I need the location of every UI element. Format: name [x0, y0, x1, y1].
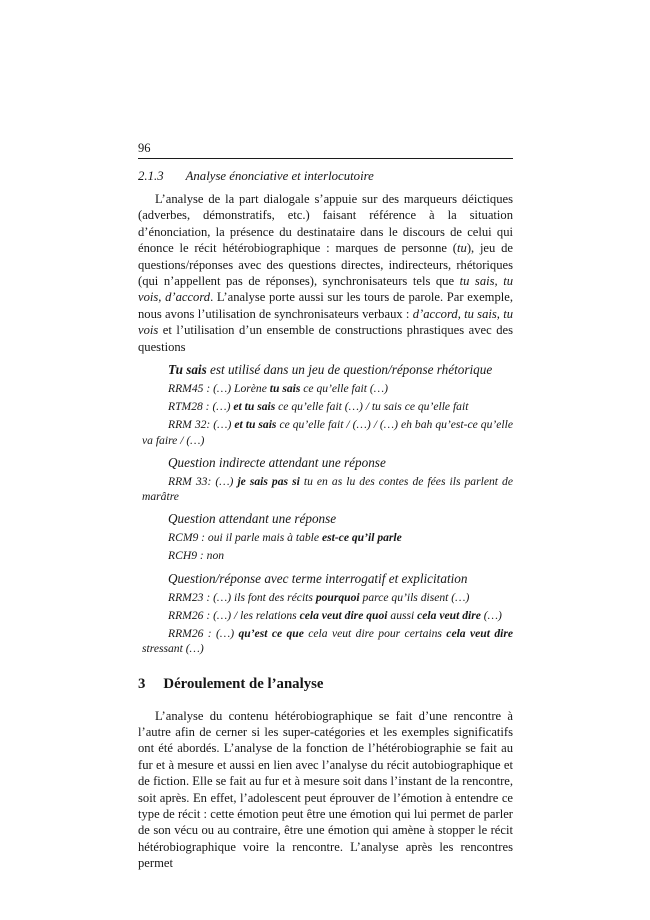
- section-2-1-3-title: Analyse énonciative et interlocutoire: [186, 169, 374, 183]
- text-segment: RRM26 : (…) / les relations: [168, 609, 300, 622]
- text-segment: cela veut dire: [446, 627, 513, 640]
- text-segment: RCM9 : oui il parle mais à table: [168, 531, 322, 544]
- example-line: RRM26 : (…) / les relations cela veut di…: [142, 608, 513, 623]
- example-group-question-reponse: Question attendant une réponse RCM9 : ou…: [138, 511, 513, 563]
- example-heading: Question attendant une réponse: [168, 511, 513, 526]
- paragraph-deroulement: L’analyse du contenu hétérobiographique …: [138, 708, 513, 872]
- text-segment: je sais pas si: [237, 475, 299, 488]
- example-heading: Tu sais est utilisé dans un jeu de quest…: [168, 362, 513, 377]
- text-segment: RRM 33: (…): [168, 475, 237, 488]
- text-segment: RTM28 : (…): [168, 400, 233, 413]
- example-line: RRM23 : (…) ils font des récits pourquoi…: [142, 590, 513, 605]
- text-segment: parce qu’ils disent (…): [360, 591, 470, 604]
- text-segment: cela veut dire: [417, 609, 481, 622]
- section-3-number: 3: [138, 676, 145, 692]
- text-segment: RRM26 : (…): [168, 627, 238, 640]
- text-segment: Tu sais: [168, 362, 207, 377]
- text-segment: Question/réponse avec terme interrogatif…: [168, 571, 467, 586]
- text-segment: (…): [481, 609, 502, 622]
- text-segment: ce qu’elle fait (…): [300, 382, 388, 395]
- text-segment: RRM45 : (…) Lorène: [168, 382, 270, 395]
- text-segment: ce qu’elle fait (…) / tu sais ce qu’elle…: [275, 400, 468, 413]
- section-2-1-3-heading: 2.1.3Analyse énonciative et interlocutoi…: [138, 169, 513, 184]
- example-group-terme-interrogatif: Question/réponse avec terme interrogatif…: [138, 571, 513, 657]
- example-line: RCM9 : oui il parle mais à table est-ce …: [142, 530, 513, 545]
- text-segment: cela veut dire pour certains: [304, 627, 446, 640]
- text-segment: et tu sais: [233, 400, 275, 413]
- example-line: RRM45 : (…) Lorène tu sais ce qu’elle fa…: [142, 381, 513, 396]
- document-page: 96 2.1.3Analyse énonciative et interlocu…: [0, 0, 650, 920]
- text-segment: et l’utilisation d’un ensemble de constr…: [138, 323, 513, 353]
- example-group-rhetorique: Tu sais est utilisé dans un jeu de quest…: [138, 362, 513, 448]
- header-rule: [138, 158, 513, 159]
- text-segment: Question indirecte attendant une réponse: [168, 455, 386, 470]
- text-segment: est-ce qu’il parle: [322, 531, 402, 544]
- text-segment: stressant (…): [142, 642, 204, 655]
- text-segment: Question attendant une réponse: [168, 511, 336, 526]
- example-line: RRM26 : (…) qu’est ce que cela veut dire…: [142, 626, 513, 656]
- text-segment: qu’est ce que: [238, 627, 303, 640]
- text-segment: et tu sais: [234, 418, 276, 431]
- example-line: RRM 32: (…) et tu sais ce qu’elle fait /…: [142, 417, 513, 447]
- section-2-1-3-number: 2.1.3: [138, 169, 164, 183]
- text-segment: RRM23 : (…) ils font des récits: [168, 591, 316, 604]
- example-line: RTM28 : (…) et tu sais ce qu’elle fait (…: [142, 399, 513, 414]
- text-segment: aussi: [388, 609, 418, 622]
- section-3-heading: 3Déroulement de l’analyse: [138, 676, 513, 693]
- page-number: 96: [138, 141, 513, 155]
- example-heading: Question indirecte attendant une réponse: [168, 455, 513, 470]
- text-segment: tu: [457, 241, 467, 255]
- text-segment: cela veut dire quoi: [300, 609, 388, 622]
- page-content: 96 2.1.3Analyse énonciative et interlocu…: [138, 141, 513, 872]
- section-3-title: Déroulement de l’analyse: [163, 676, 323, 692]
- example-group-question-indirecte: Question indirecte attendant une réponse…: [138, 455, 513, 504]
- text-segment: pourquoi: [316, 591, 360, 604]
- paragraph-enonciative: L’analyse de la part dialogale s’appuie …: [138, 191, 513, 355]
- example-line: RCH9 : non: [142, 548, 513, 563]
- example-line: RRM 33: (…) je sais pas si tu en as lu d…: [142, 474, 513, 504]
- example-heading: Question/réponse avec terme interrogatif…: [168, 571, 513, 586]
- text-segment: RCH9 : non: [168, 549, 224, 562]
- text-segment: RRM 32: (…): [168, 418, 234, 431]
- text-segment: est utilisé dans un jeu de question/répo…: [207, 362, 492, 377]
- text-segment: tu sais: [270, 382, 301, 395]
